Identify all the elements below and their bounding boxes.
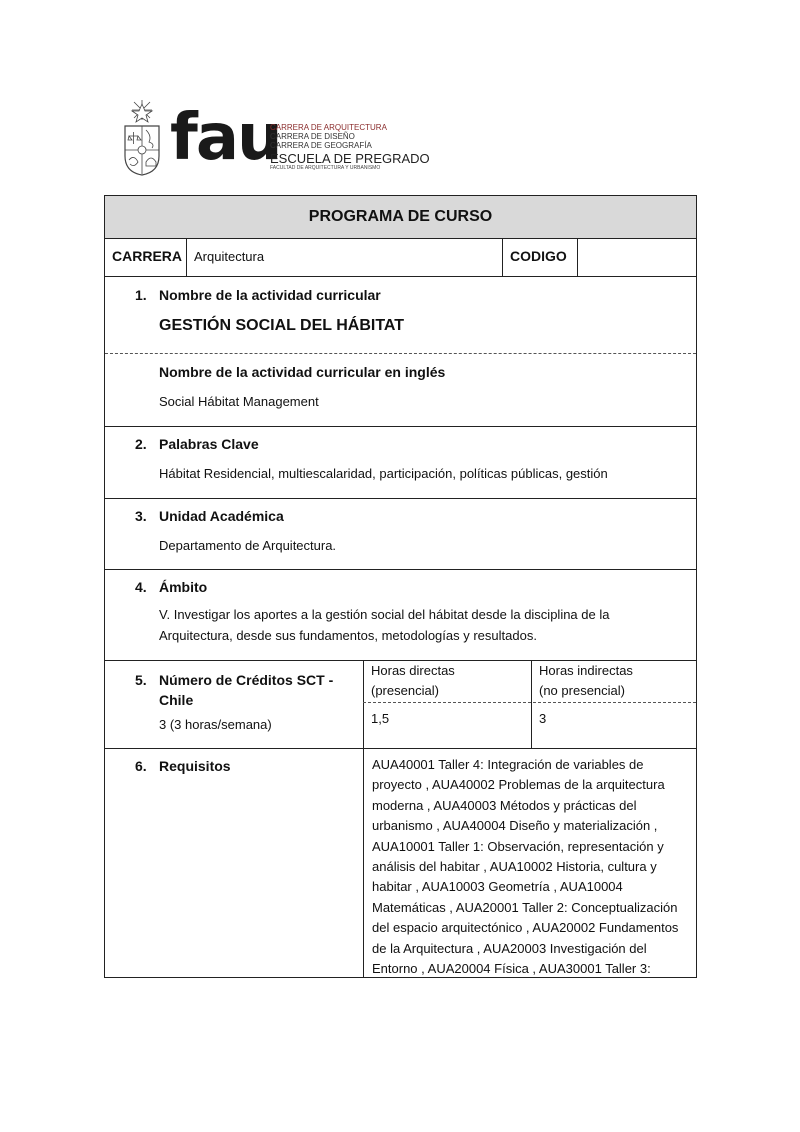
section-4-label: Ámbito: [159, 579, 207, 595]
course-name-english: Social Hábitat Management: [159, 391, 676, 412]
course-program-table: PROGRAMA DE CURSO CARRERA Arquitectura C…: [104, 195, 697, 978]
section-4-number: 4.: [135, 579, 159, 595]
section-1-english-name: Nombre de la actividad curricular en ing…: [105, 353, 696, 426]
codigo-value: [577, 239, 696, 276]
section-6-requisitos: 6.Requisitos AUA40001 Taller 4: Integrac…: [105, 748, 696, 977]
section-3-unidad-academica: 3.Unidad Académica Departamento de Arqui…: [105, 498, 696, 569]
section-3-number: 3.: [135, 508, 159, 524]
section-1-label: Nombre de la actividad curricular: [159, 287, 381, 303]
logo-line-geografia: CARRERA DE GEOGRAFÍA: [270, 142, 430, 151]
horas-indirectas-value: 3: [539, 711, 546, 726]
section-3-title: 3.Unidad Académica: [135, 508, 284, 524]
horas-directas-cell: Horas directas(presencial): [363, 661, 531, 748]
horas-directas-label-line1: Horas directas: [371, 663, 455, 678]
section-6-title: 6.Requisitos: [135, 758, 231, 774]
section-5-label-line1: Número de Créditos SCT -: [159, 672, 333, 688]
requisitos-label-cell: 6.Requisitos: [105, 749, 363, 977]
section-1b-title: Nombre de la actividad curricular en ing…: [159, 364, 445, 380]
section-3-label: Unidad Académica: [159, 508, 284, 524]
university-crest-icon: [122, 98, 162, 176]
academic-unit-value: Departamento de Arquitectura.: [159, 535, 676, 556]
section-2-number: 2.: [135, 436, 159, 452]
horas-directas-value: 1,5: [371, 711, 389, 726]
section-2-title: 2.Palabras Clave: [135, 436, 259, 452]
fau-wordmark: fau: [170, 100, 281, 176]
logo-text: CARRERA DE ARQUITECTURA CARRERA DE DISEÑ…: [270, 124, 430, 172]
requisitos-value-cell: AUA40001 Taller 4: Integración de variab…: [363, 749, 696, 977]
horas-directas-label-line2: (presencial): [371, 683, 439, 698]
logo-line-escuela: ESCUELA DE PREGRADO: [270, 152, 430, 166]
requisitos-value: AUA40001 Taller 4: Integración de variab…: [372, 755, 686, 979]
credits-label-cell: 5.Número de Créditos SCT -Chile 3 (3 hor…: [105, 661, 363, 748]
section-2-label: Palabras Clave: [159, 436, 259, 452]
fau-logo: fau CARRERA DE ARQUITECTURA CARRERA DE D…: [122, 98, 412, 178]
section-5-label-line2: Chile: [159, 692, 193, 708]
horas-indirectas-cell: Horas indirectas(no presencial): [531, 661, 696, 748]
credits-value: 3 (3 horas/semana): [159, 714, 343, 735]
section-4-title: 4.Ámbito: [135, 579, 207, 595]
carrera-value: Arquitectura: [186, 239, 502, 276]
logo-line-facultad: FACULTAD DE ARQUITECTURA Y URBANISMO: [270, 166, 430, 172]
section-1-number: 1.: [135, 287, 159, 303]
horas-indirectas-label: Horas indirectas(no presencial): [539, 661, 633, 701]
section-4-ambito: 4.Ámbito V. Investigar los aportes a la …: [105, 569, 696, 660]
table-header: PROGRAMA DE CURSO: [105, 196, 696, 238]
section-5-creditos: 5.Número de Créditos SCT -Chile 3 (3 hor…: [105, 660, 696, 748]
scope-value: V. Investigar los aportes a la gestión s…: [159, 604, 626, 646]
horas-indirectas-label-line2: (no presencial): [539, 683, 625, 698]
section-1-nombre: 1.Nombre de la actividad curricular GEST…: [105, 276, 696, 353]
horas-indirectas-label-line1: Horas indirectas: [539, 663, 633, 678]
hours-divider: [363, 702, 696, 703]
section-5-number: 5.: [135, 670, 159, 690]
horas-directas-label: Horas directas(presencial): [371, 661, 455, 701]
section-6-number: 6.: [135, 758, 159, 774]
carrera-label: CARRERA: [105, 239, 186, 276]
section-5-title: 5.Número de Créditos SCT -Chile: [135, 670, 333, 710]
course-name: GESTIÓN SOCIAL DEL HÁBITAT: [159, 317, 404, 335]
carrera-row: CARRERA Arquitectura CODIGO: [105, 238, 696, 276]
section-1-title: 1.Nombre de la actividad curricular: [135, 287, 381, 303]
section-5-label: Número de Créditos SCT -Chile: [159, 670, 333, 710]
keywords-value: Hábitat Residencial, multiescalaridad, p…: [159, 463, 676, 484]
section-2-palabras-clave: 2.Palabras Clave Hábitat Residencial, mu…: [105, 426, 696, 498]
section-6-label: Requisitos: [159, 758, 231, 774]
codigo-label: CODIGO: [502, 239, 577, 276]
